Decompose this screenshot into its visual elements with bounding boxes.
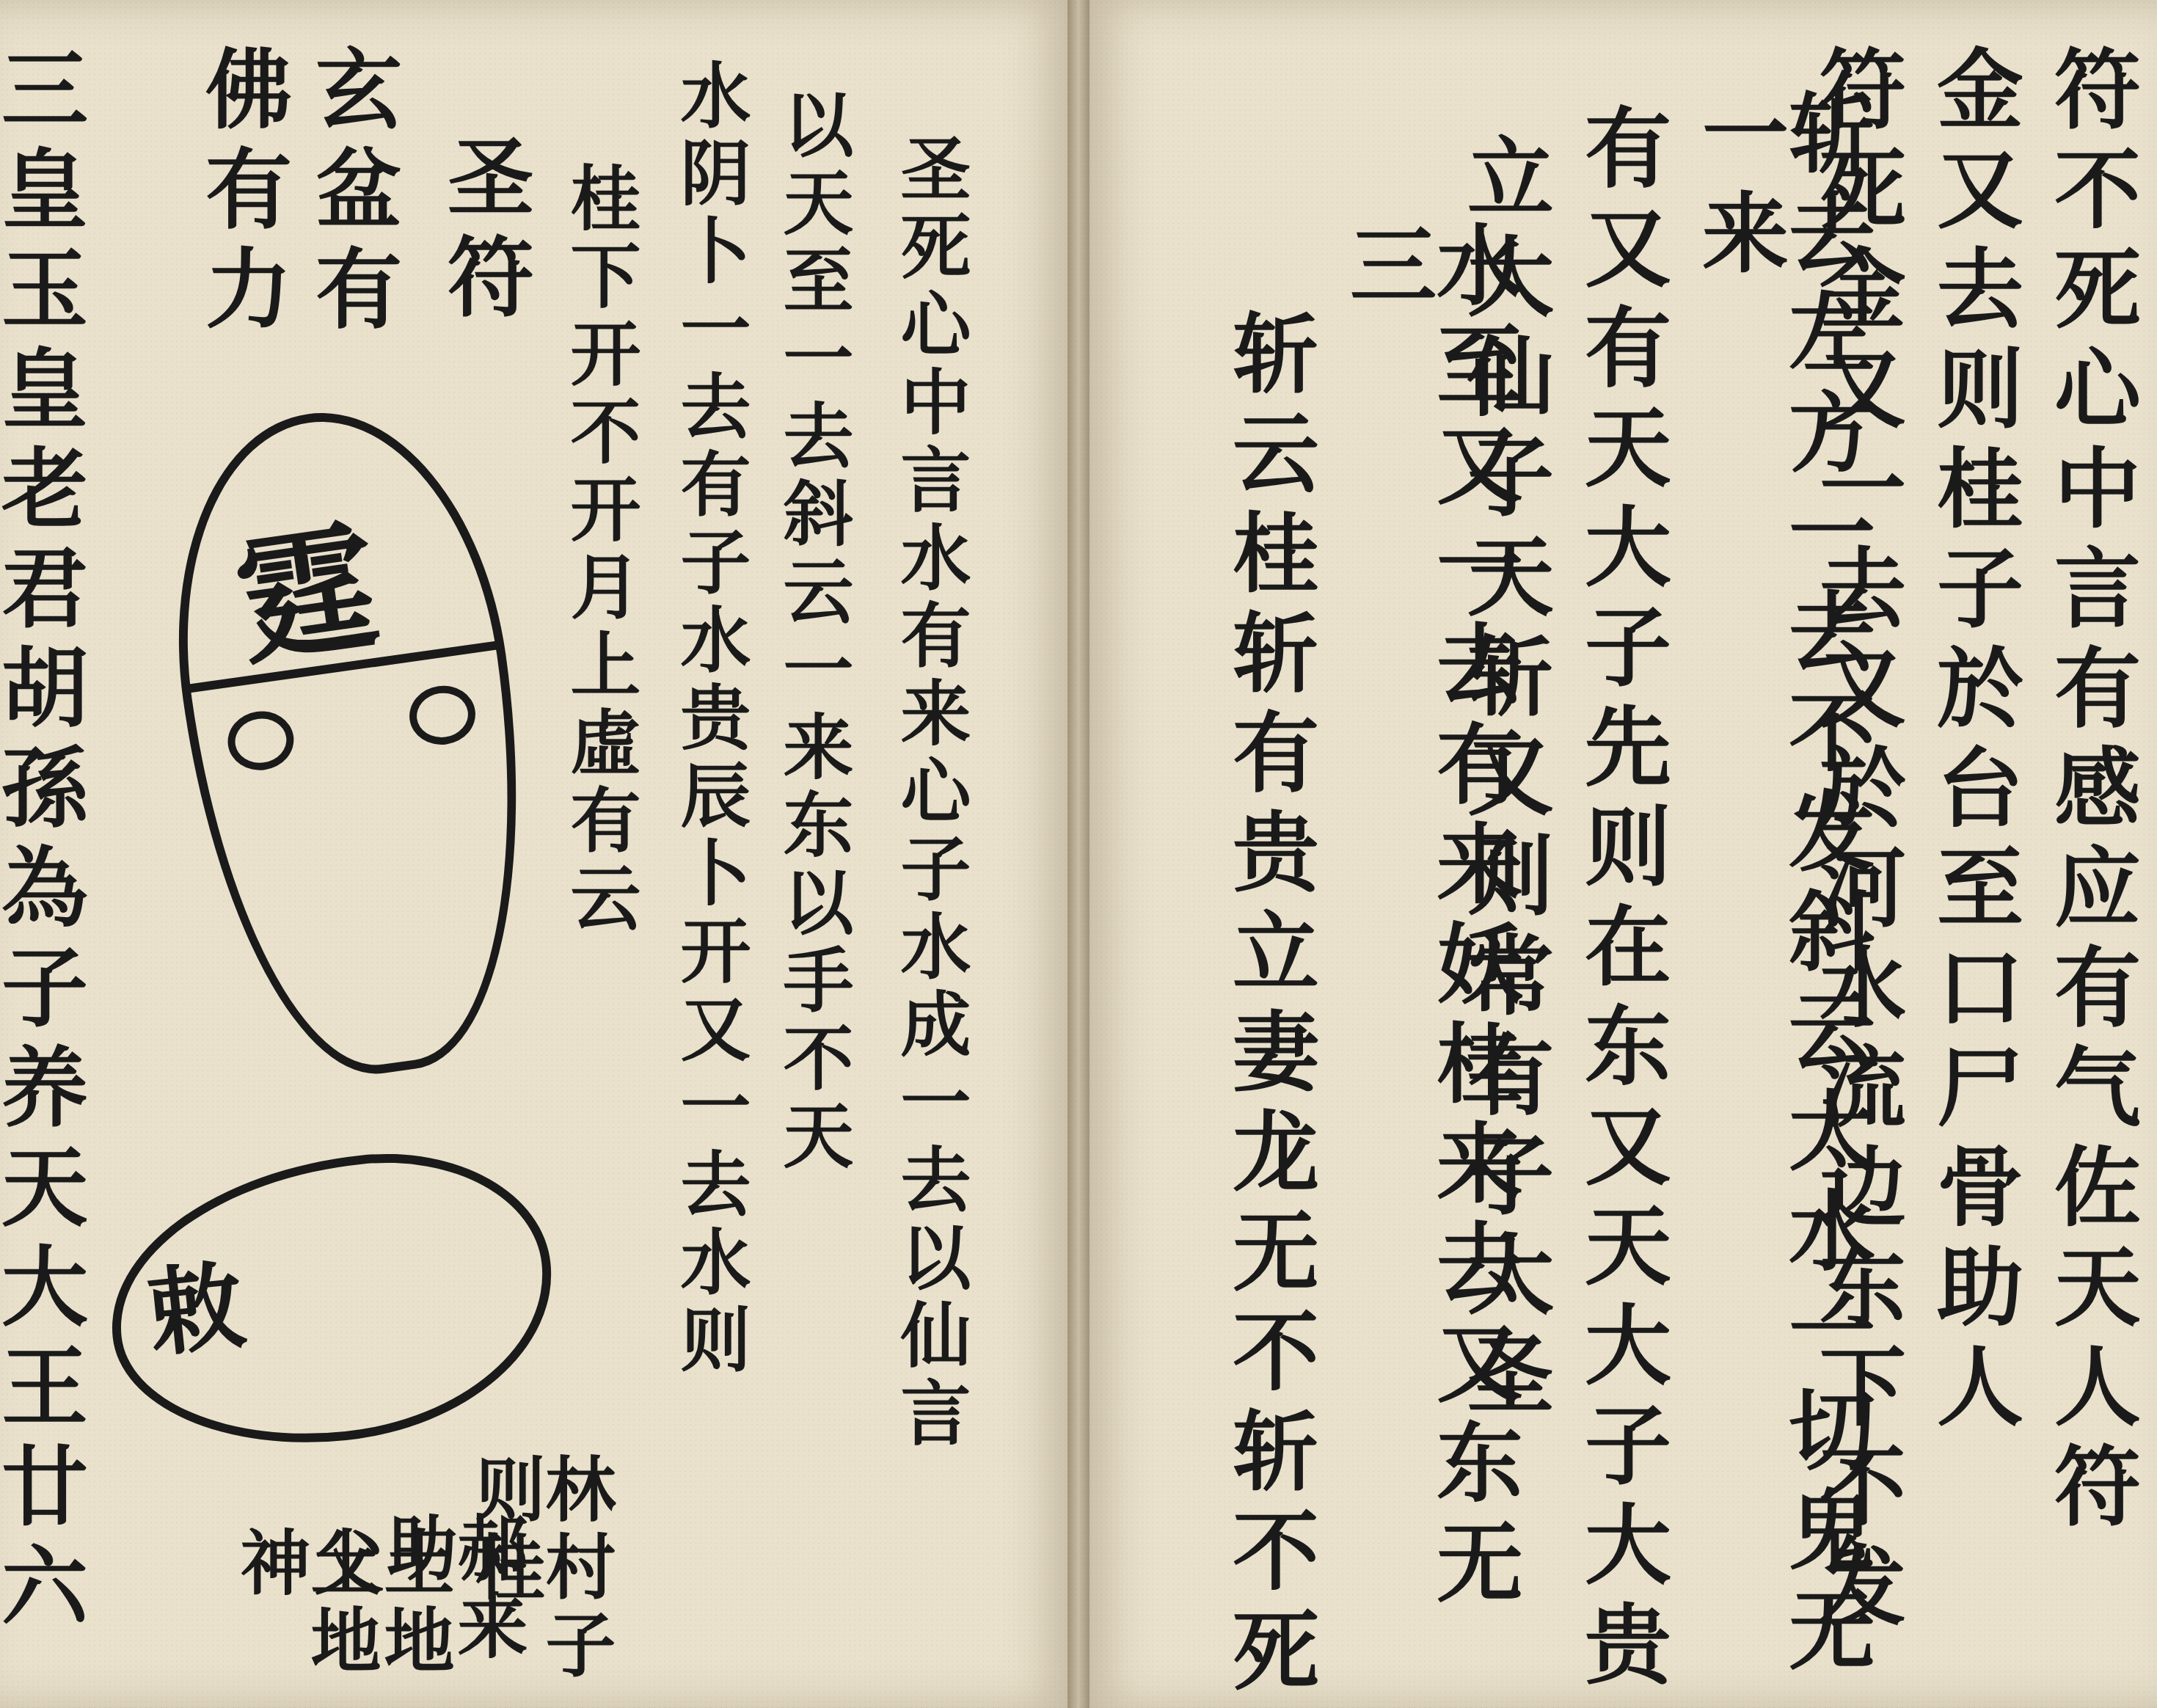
right-column-5: 有又有天大子先则在东又天大子大贵	[1577, 103, 1664, 1699]
manuscript-spread: 三皇玉皇老君胡孫為子养天大王廿六不知 佛有力 玄盆有 圣符 桂下开不开月上虛有云…	[0, 0, 2157, 1708]
left-column-8: 圣死心中言水有来心子水成一去以仙言	[895, 132, 966, 1454]
left-column-1: 三皇玉皇老君胡孫為子养天大王廿六不知	[0, 44, 81, 1708]
right-column-8: 斩云桂斩有贵立妻龙无不斩不死	[1225, 308, 1312, 1705]
footnote-4: 土地神	[235, 1526, 376, 1708]
right-page: 符不死心中言有感应有气佐天人符 金又去则桂子於台至口尸骨助人 符死金又一去又於河…	[1078, 0, 2157, 1708]
talisman-drawing-2: 敕	[97, 1136, 567, 1463]
right-column-4: 斩去左方一去不发斜云大水一切鬼无一来	[1695, 88, 1868, 1708]
book-gutter	[1067, 0, 1090, 1708]
right-column-2: 金又去则桂子於台至口尸骨助人	[1930, 44, 2016, 1441]
left-column-7: 以天至一去斜云一来东以手不天	[778, 88, 848, 1177]
left-column-6: 水阴卜一去有子水贵辰卜开又一去水则	[675, 59, 745, 1381]
left-column-2: 佛有力	[198, 44, 285, 343]
talisman-eye-left	[224, 707, 297, 775]
talisman-eye-right	[406, 682, 479, 749]
left-page: 三皇玉皇老君胡孫為子养天大王廿六不知 佛有力 玄盆有 圣符 桂下开不开月上虛有云…	[0, 0, 1078, 1708]
right-column-1: 符不死心中言有感应有气佐天人符	[2047, 44, 2134, 1541]
talisman-glyph: 敕	[141, 1230, 243, 1376]
left-column-3: 玄盆有	[308, 44, 395, 343]
right-column-7: 水至又一去有来妖桂来去又东无三	[1343, 220, 1516, 1708]
left-column-5: 桂下开不开月上虛有云	[565, 161, 635, 939]
talisman-drawing-1: 霆	[146, 392, 561, 1094]
left-column-4: 圣符	[440, 132, 527, 332]
